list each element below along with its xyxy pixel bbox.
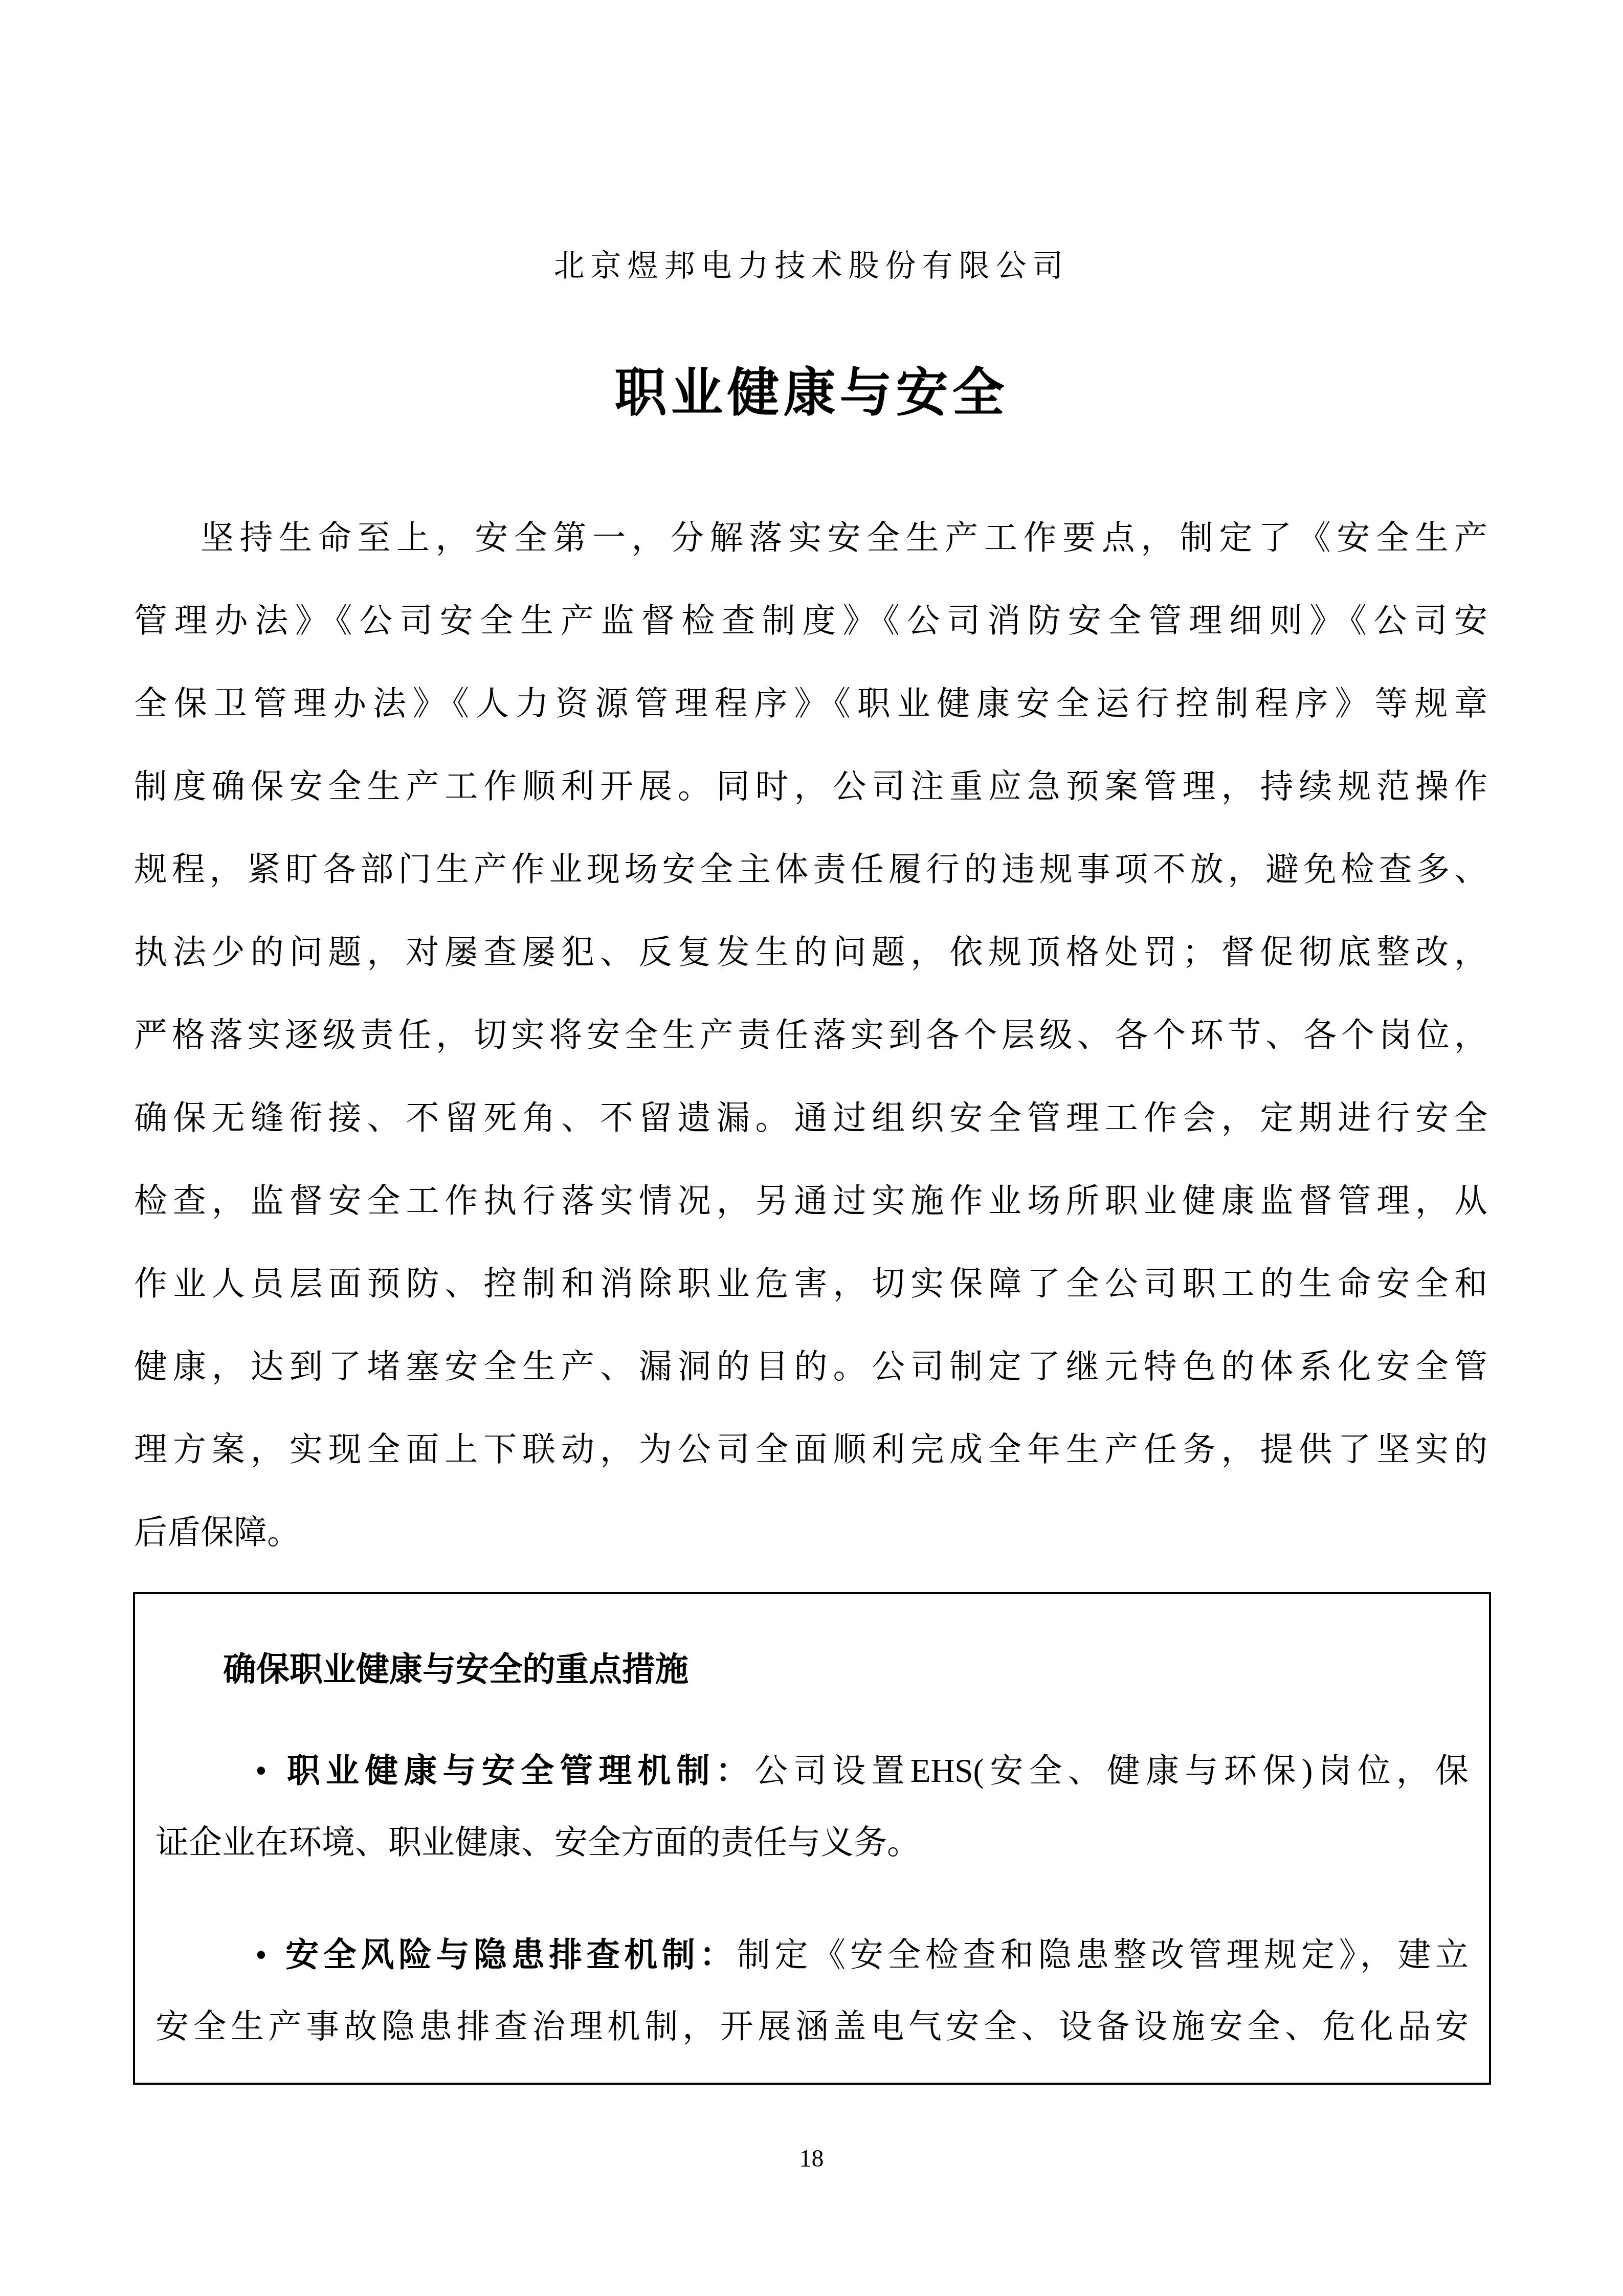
highlight-box: 确保职业健康与安全的重点措施 •职业健康与安全管理机制：公司设置EHS(安全、健…	[133, 1592, 1491, 2085]
body-line: 严格落实逐级责任，切实将安全生产责任落实到各个层级、各个环节、各个岗位，	[134, 994, 1487, 1077]
body-line: 执法少的问题，对屡查屡犯、反复发生的问题，依规顶格处罚；督促彻底整改，	[134, 911, 1487, 994]
bullet-line: •安全风险与隐患排查机制：制定《安全检查和隐患整改管理规定》，建立	[155, 1919, 1469, 1991]
bullet-line: 证企业在环境、职业健康、安全方面的责任与义务。	[155, 1807, 1469, 1879]
body-paragraph: 坚持生命至上，安全第一，分解落实安全生产工作要点，制定了《安全生产 管理办法》《…	[134, 497, 1487, 1574]
bullet-line: •职业健康与安全管理机制：公司设置EHS(安全、健康与环保)岗位，保	[155, 1735, 1469, 1807]
body-line: 后盾保障。	[134, 1491, 1487, 1574]
bullet-item-risk-inspection-mechanism: •安全风险与隐患排查机制：制定《安全检查和隐患整改管理规定》，建立 安全生产事故…	[155, 1919, 1469, 2063]
document-page: 北京煜邦电力技术股份有限公司 职业健康与安全 坚持生命至上，安全第一，分解落实安…	[0, 0, 1623, 2296]
bullet-icon: •	[255, 1753, 267, 1790]
body-line: 管理办法》《公司安全生产监督检查制度》《公司消防安全管理细则》《公司安	[134, 580, 1487, 663]
bullet-label: 职业健康与安全管理机制：	[281, 1753, 754, 1790]
page-title: 职业健康与安全	[0, 358, 1623, 430]
body-line: 作业人员层面预防、控制和消除职业危害，切实保障了全公司职工的生命安全和	[134, 1243, 1487, 1326]
body-line: 确保无缝衔接、不留死角、不留遗漏。通过组织安全管理工作会，定期进行安全	[134, 1077, 1487, 1160]
body-line: 健康，达到了堵塞安全生产、漏洞的目的。公司制定了继元特色的体系化安全管	[134, 1326, 1487, 1408]
page-number: 18	[0, 2144, 1623, 2174]
body-line: 全保卫管理办法》《人力资源管理程序》《职业健康安全运行控制程序》等规章	[134, 663, 1487, 745]
bullet-item-health-safety-mechanism: •职业健康与安全管理机制：公司设置EHS(安全、健康与环保)岗位，保 证企业在环…	[155, 1735, 1469, 1879]
bullet-line: 安全生产事故隐患排查治理机制，开展涵盖电气安全、设备设施安全、危化品安	[155, 1991, 1469, 2063]
bullet-text: 公司设置EHS(安全、健康与环保)岗位，保	[754, 1753, 1469, 1790]
body-line: 规程，紧盯各部门生产作业现场安全主体责任履行的违规事项不放，避免检查多、	[134, 828, 1487, 911]
body-line: 检查，监督安全工作执行落实情况，另通过实施作业场所职业健康监督管理，从	[134, 1160, 1487, 1243]
body-line: 坚持生命至上，安全第一，分解落实安全生产工作要点，制定了《安全生产	[134, 497, 1487, 580]
bullet-icon: •	[255, 1937, 267, 1974]
bullet-label: 安全风险与隐患排查机制：	[281, 1937, 737, 1974]
body-line: 制度确保安全生产工作顺利开展。同时，公司注重应急预案管理，持续规范操作	[134, 745, 1487, 828]
body-line: 理方案，实现全面上下联动，为公司全面顺利完成全年生产任务，提供了坚实的	[134, 1408, 1487, 1491]
box-heading: 确保职业健康与安全的重点措施	[223, 1634, 1469, 1706]
company-name: 北京煜邦电力技术股份有限公司	[0, 246, 1623, 286]
bullet-text: 制定《安全检查和隐患整改管理规定》，建立	[737, 1937, 1469, 1974]
